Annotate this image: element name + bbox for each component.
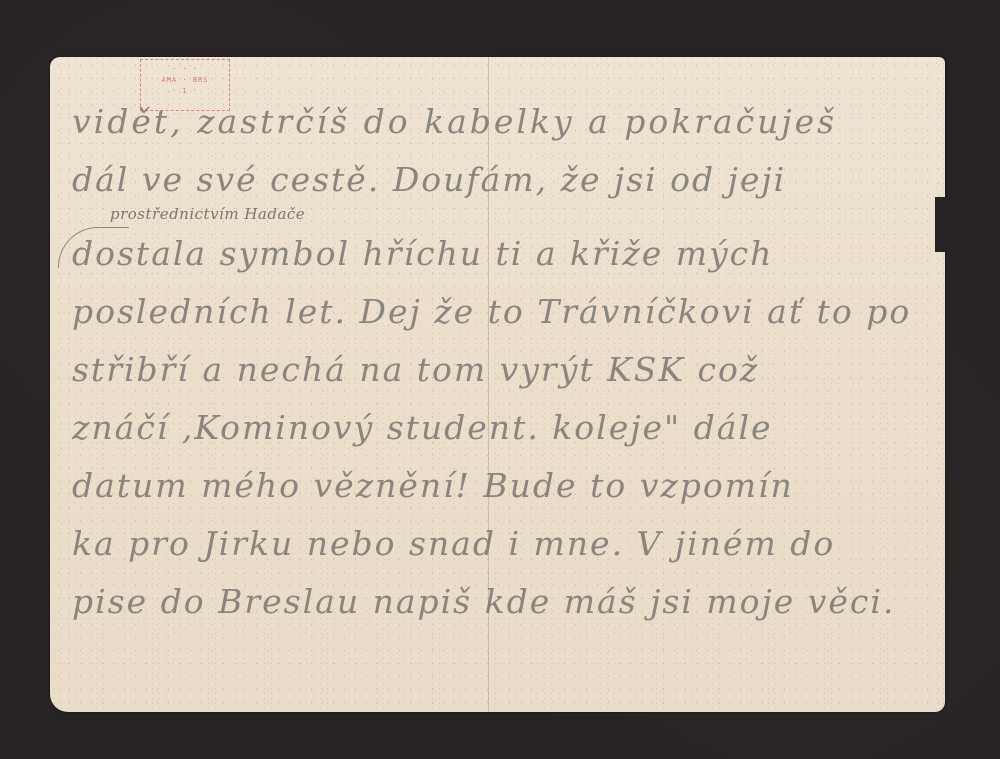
text-line-8: ka pro Jirku nebo snad i mne. V jiném do [72, 515, 942, 573]
text-line-9: pise do Breslau napiš kde máš jsi moje v… [72, 573, 942, 631]
stamp-line-2: AMA · BRS [141, 75, 229, 86]
text-line-1: vidět, zastrčíš do kabelky a pokračuješ [72, 93, 942, 151]
letter-paper: · · · AMA · BRS · 1 · prostřednictvím Ha… [50, 57, 945, 712]
text-line-2: dál ve své cestě. Doufám, že jsi od jeji [72, 151, 942, 209]
stamp-line-1: · · · [141, 64, 229, 75]
text-line-6: znáčí ,Kominový student. koleje" dále [72, 399, 942, 457]
text-line-5: střibří a nechá na tom vyrýt KSK což [72, 341, 942, 399]
text-line-4: posledních let. Dej že to Trávníčkovi ať… [72, 283, 942, 341]
text-line-7: datum mého věznění! Bude to vzpomín [72, 457, 942, 515]
text-line-3: dostala symbol hříchu ti a křiže mých [72, 225, 942, 283]
handwritten-text: vidět, zastrčíš do kabelky a pokračuješ … [72, 93, 942, 631]
